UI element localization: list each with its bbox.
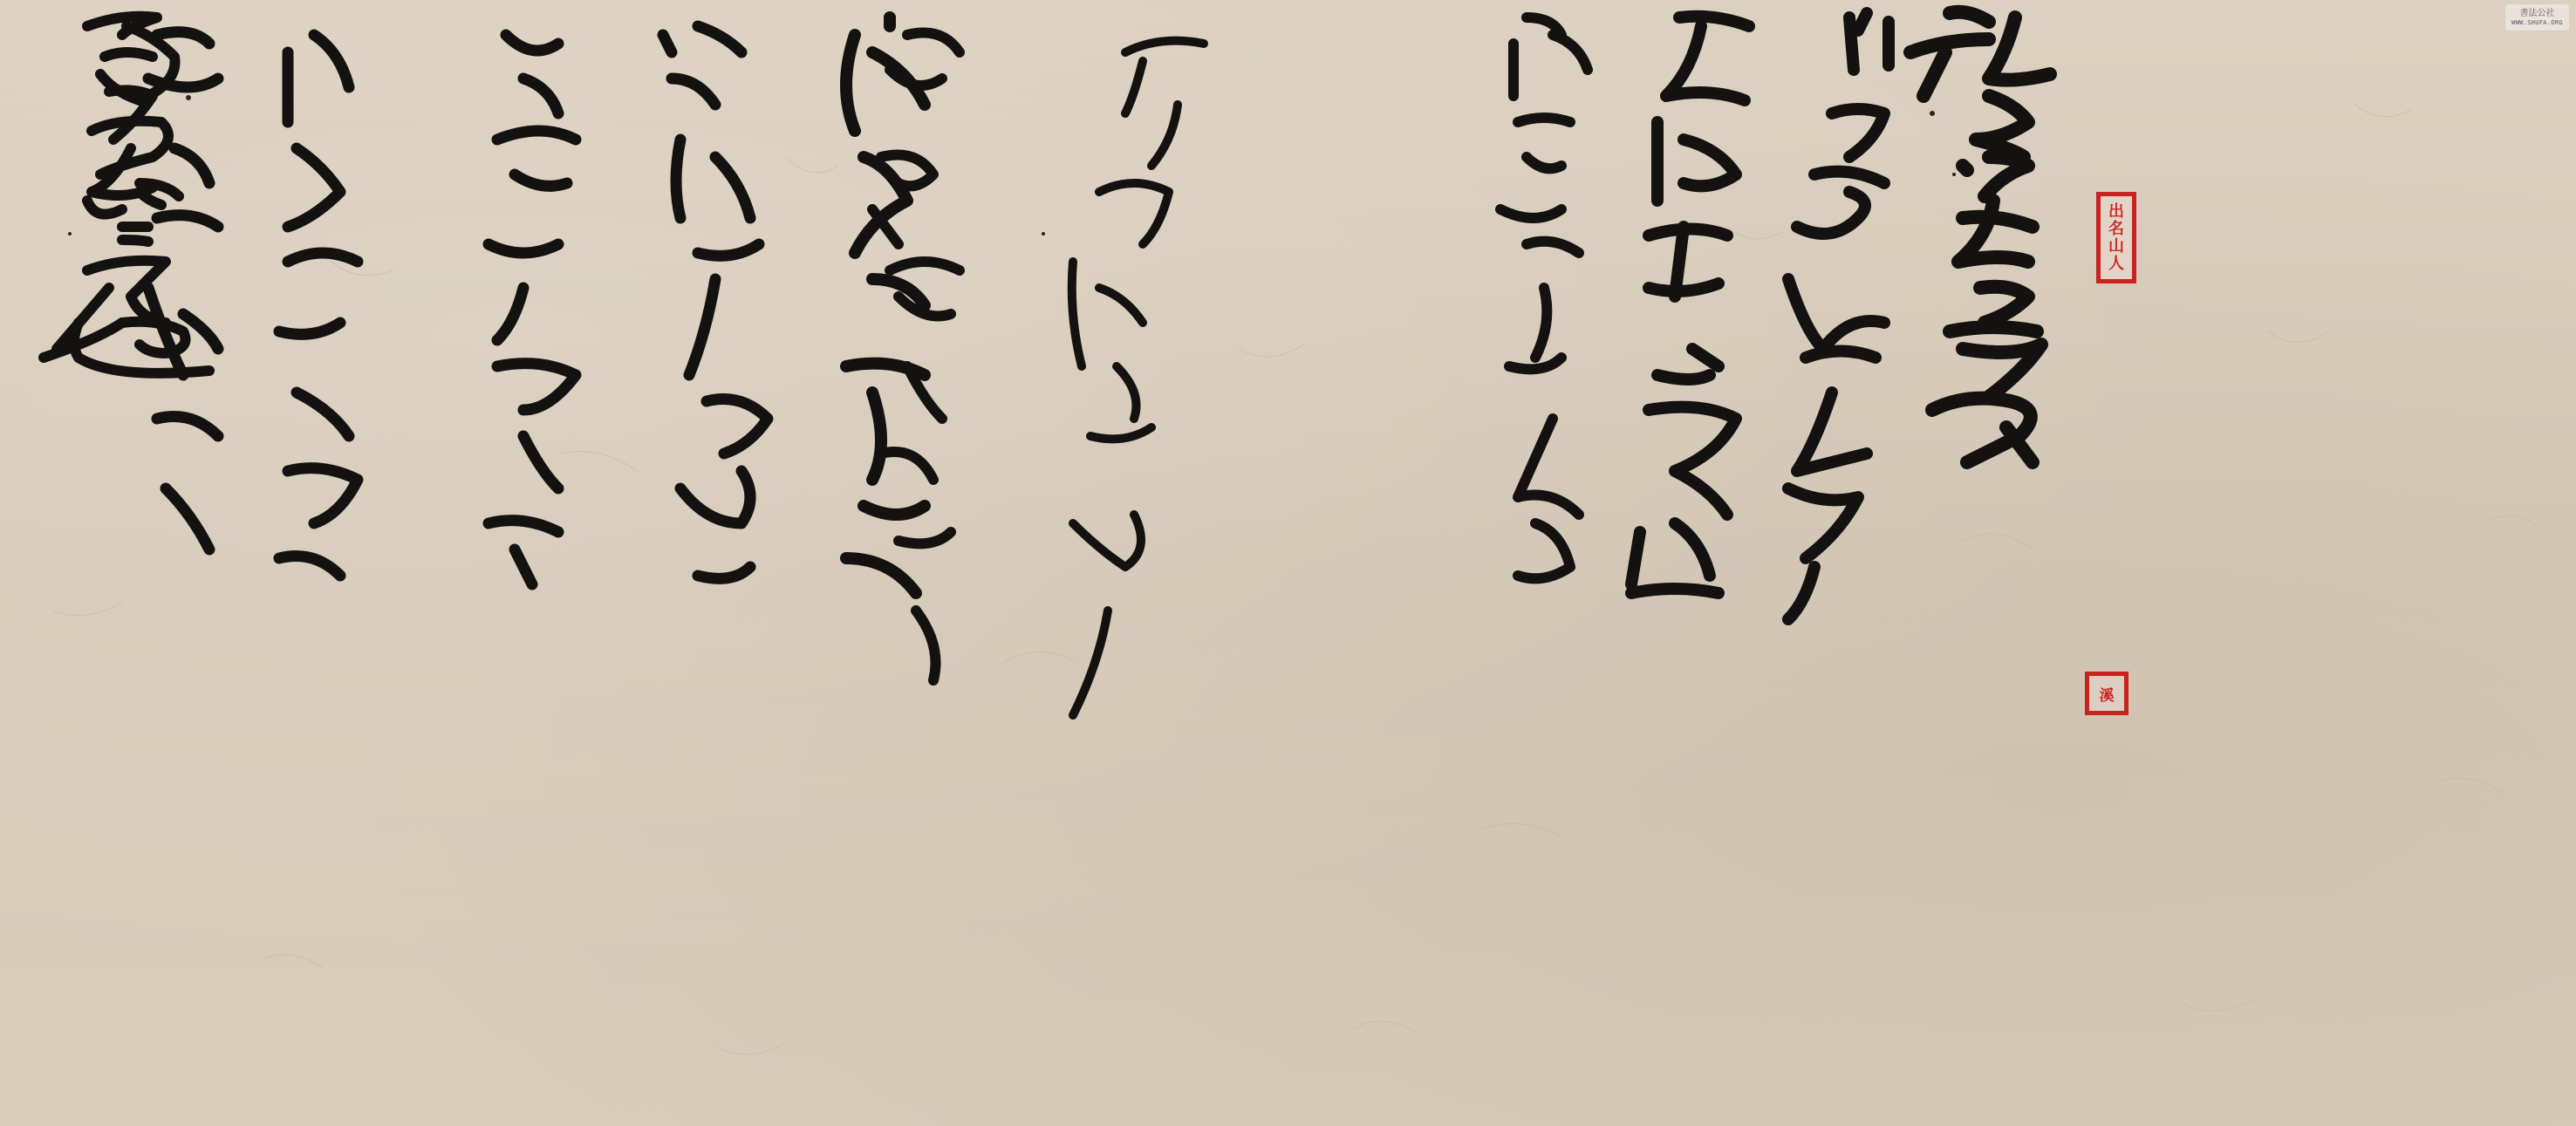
seal-char: 出 bbox=[2108, 203, 2124, 221]
seal-char: 人 bbox=[2108, 256, 2124, 273]
ink-column-11 bbox=[148, 32, 218, 549]
ink-column-10 bbox=[279, 35, 358, 576]
ink-column-8 bbox=[663, 26, 768, 578]
seal-lower-square: 溪 bbox=[2085, 672, 2128, 715]
ink-column-9 bbox=[489, 35, 576, 584]
ink-column-2 bbox=[1788, 13, 1889, 619]
seal-char: 名 bbox=[2108, 221, 2124, 238]
ink-specks bbox=[68, 95, 1956, 235]
ink-brushwork bbox=[0, 0, 2576, 1126]
ink-column-5 bbox=[1072, 41, 1204, 715]
ink-column-3 bbox=[1631, 17, 1749, 593]
seal-upper-rectangular: 出 名 山 人 bbox=[2096, 192, 2136, 283]
seal-char: 溪 bbox=[2100, 683, 2115, 705]
calligraphy-artwork: 出 名 山 人 溪 書法公社 WWW.SHUFA.ORG bbox=[0, 0, 2576, 1126]
watermark-url: WWW.SHUFA.ORG bbox=[2511, 19, 2563, 27]
watermark-badge: 書法公社 WWW.SHUFA.ORG bbox=[2505, 4, 2569, 31]
ink-column-4 bbox=[1500, 17, 1588, 578]
watermark-chinese: 書法公社 bbox=[2520, 9, 2555, 19]
seal-char: 山 bbox=[2108, 238, 2124, 256]
ink-column-6 bbox=[872, 33, 960, 681]
ink-column-1 bbox=[1910, 12, 2050, 462]
